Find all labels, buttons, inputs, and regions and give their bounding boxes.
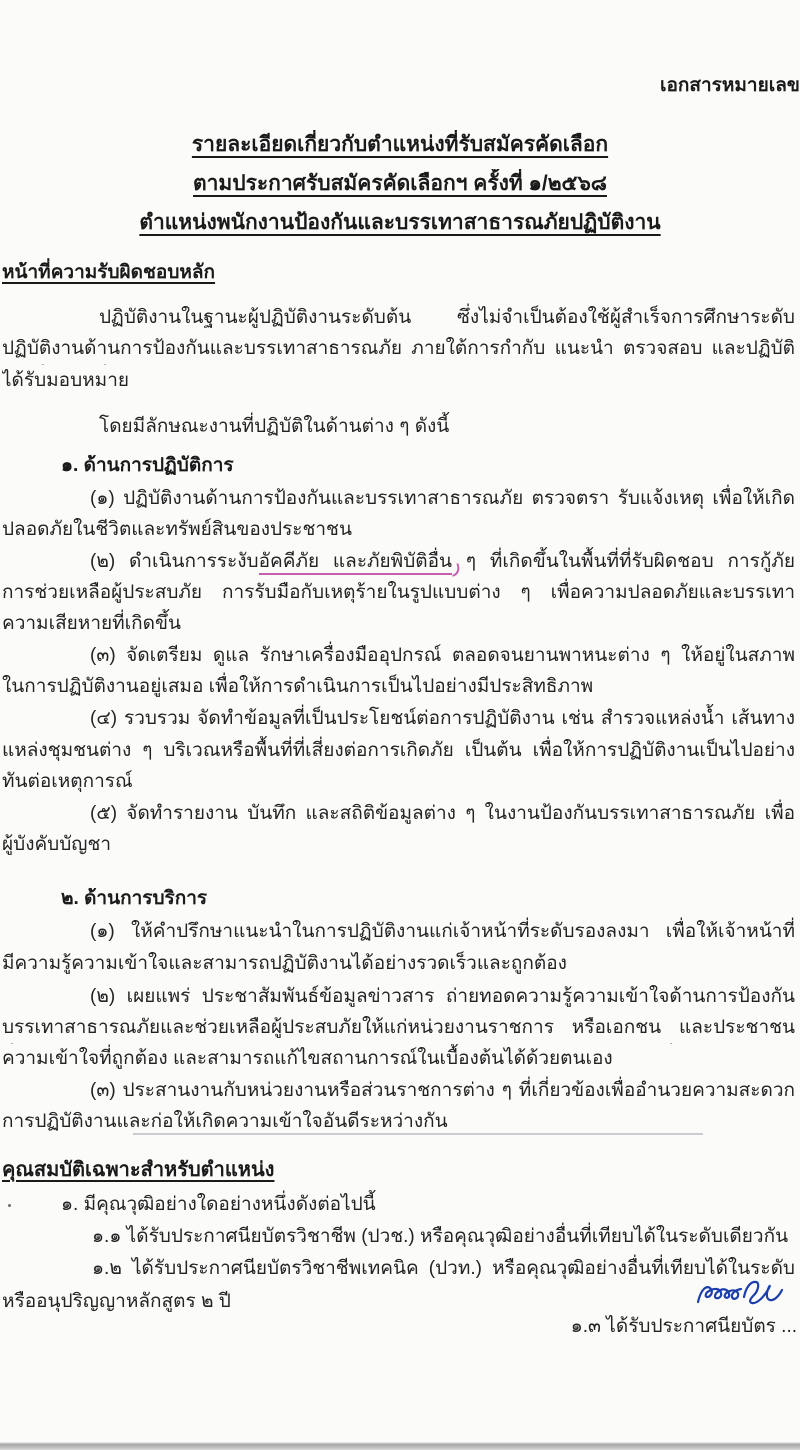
operational-item-3-line: ในการปฏิบัติงานอยู่เสมอ เพื่อให้การดำเนิ… [2,672,795,702]
responsibility-intro-line: ปฏิบัติงานด้านการป้องกันและบรรเทาสาธารณภ… [2,334,795,365]
service-item-2-line: (๒) เผยแพร่ ประชาสัมพันธ์ข้อมูลข่าวสาร ถ… [2,982,795,1013]
item-2-prefix: (๒) ดำเนินการระงับ [90,551,259,572]
operational-item-2-line: ความเสียหายที่เกิดขึ้น [2,609,795,639]
title-line-2: ตามประกาศรับสมัครคัดเลือกฯ ครั้งที่ ๑/๒๕… [0,169,800,199]
responsibility-heading: หน้าที่ความรับผิดชอบหลัก [2,258,795,288]
pink-hand-underline: อัคคีภัย และภัยพิบัติอื่น [259,551,452,575]
qualification-item-1-3-partial: ๑.๓ ได้รับประกาศนียบัตร ... [571,1312,797,1342]
item-2-underlined-text: อัคคีภัย และภัยพิบัติอื่น [259,551,452,572]
service-section-heading: ๒. ด้านการบริการ [2,884,795,914]
operational-item-5-line: ผู้บังคับบัญชา [2,830,795,860]
operational-item-1-line: ปลอดภัยในชีวิตและทรัพย์สินของประชาชน [2,515,795,545]
responsibility-intro-line: ปฏิบัติงานในฐานะผู้ปฏิบัติงานระดับต้น ซึ… [2,303,795,334]
responsibility-intro-line: ได้รับมอบหมาย [2,366,795,396]
operational-section-heading: ๑. ด้านการปฏิบัติการ [2,451,795,481]
service-item-3-line: (๓) ประสานงานกับหน่วยงานหรือส่วนราชการต่… [2,1076,795,1107]
operational-item-5-line: (๕) จัดทำรายงาน บันทึก และสถิติข้อมูลต่า… [2,799,795,830]
responsibility-lead-in: โดยมีลักษณะงานที่ปฏิบัติในด้านต่าง ๆ ดัง… [2,412,795,442]
operational-item-4-line: แหล่งชุมชนต่าง ๆ บริเวณหรือพื้นที่ที่เสี… [2,736,795,767]
scan-edge-bar [0,1442,800,1450]
qualifications-heading: คุณสมบัติเฉพาะสำหรับตำแหน่ง [2,1155,795,1185]
operational-item-2-line: การช่วยเหลือผู้ประสบภัย การรับมือกับเหตุ… [2,578,795,608]
faint-divider-line [133,1133,703,1135]
operational-item-2-line: (๒) ดำเนินการระงับอัคคีภัย และภัยพิบัติอ… [2,547,795,577]
service-item-2-line: บรรเทาสาธารณภัยและช่วยเหลือผู้ประสบภัยให… [2,1013,795,1044]
service-item-2-line: ความเข้าใจที่ถูกต้อง และสามารถแก้ไขสถานก… [2,1044,795,1074]
operational-item-4-line: (๔) รวบรวม จัดทำข้อมูลที่เป็นประโยชน์ต่อ… [2,704,795,735]
service-item-1-line: มีความรู้ความเข้าใจและสามารถปฏิบัติงานได… [2,949,795,979]
document-number: เอกสารหมายเลข ๑ [660,70,800,100]
operational-item-3-line: (๓) จัดเตรียม ดูแล รักษาเครื่องมืออุปกรณ… [2,641,795,672]
scanned-document-page: เอกสารหมายเลข ๑ รายละเอียดเกี่ยวกับตำแหน… [0,0,800,1450]
service-item-1-line: (๑) ให้คำปรึกษาแนะนำในการปฏิบัติงานแก่เจ… [2,917,795,947]
operational-item-1-line: (๑) ปฏิบัติงานด้านการป้องกันและบรรเทาสาธ… [2,484,795,515]
qualifications-intro: ๑. มีคุณวุฒิอย่างใดอย่างหนึ่งดังต่อไปนี้ [2,1190,795,1220]
scan-speck-artifact [8,1204,11,1207]
qualification-item-1-2-line: ๑.๒ ได้รับประกาศนียบัตรวิชาชีพเทคนิค (ปว… [2,1254,795,1285]
title-line-1: รายละเอียดเกี่ยวกับตำแหน่งที่รับสมัครคัด… [0,130,800,160]
operational-item-4-line: ทันต่อเหตุการณ์ [2,767,795,797]
title-line-3: ตำแหน่งพนักงานป้องกันและบรรเทาสาธารณภัยป… [0,208,800,238]
item-2-suffix: ๆ ที่เกิดขึ้นในพื้นที่ที่รับผิดชอบ การกู… [452,551,795,572]
handwritten-signature-icon [694,1276,786,1312]
qualification-item-1-1: ๑.๑ ได้รับประกาศนียบัตรวิชาชีพ (ปวช.) หร… [2,1222,795,1252]
